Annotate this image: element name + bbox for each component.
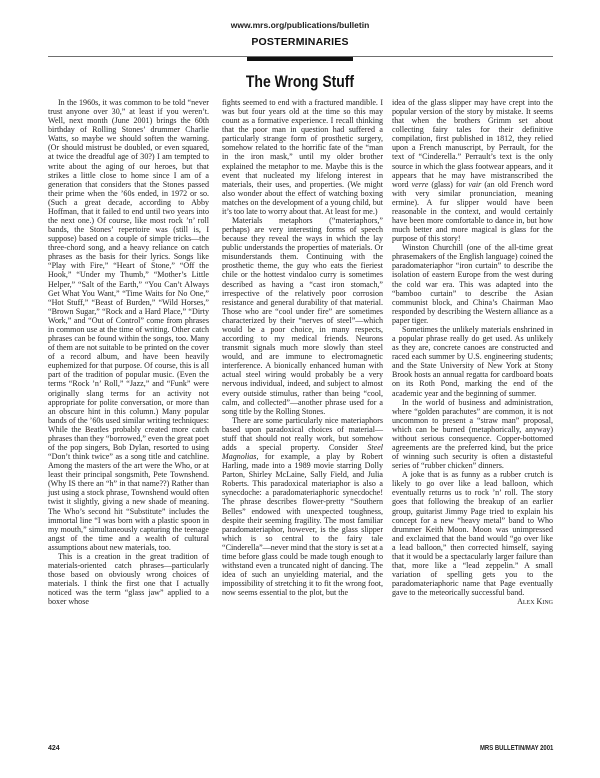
italic-word: verre [412, 180, 429, 189]
header-url: www.mrs.org/publications/bulletin [0, 20, 600, 30]
text-run: There are some particularly nice materia… [222, 416, 383, 452]
author-signature: Alex King [392, 597, 553, 606]
paragraph: Materials metaphors (“materiaphors,” per… [222, 216, 383, 416]
paragraph: There are some particularly nice materia… [222, 416, 383, 598]
paragraph: Winston Churchill (one of the all-time g… [392, 243, 553, 325]
journal-issue: MRS BULLETIN/MAY 2001 [480, 745, 553, 752]
column-3: idea of the glass slipper may have crept… [392, 98, 553, 606]
italic-word: vair [468, 180, 481, 189]
section-underline [247, 57, 353, 61]
paragraph: In the world of business and administrat… [392, 398, 553, 471]
text-run: (an old French word with very similar pr… [392, 180, 553, 243]
column-2: fights seemed to end with a fractured ma… [222, 98, 383, 597]
text-run: (glass) for [428, 180, 468, 189]
paragraph: Sometimes the unlikely materials enshrin… [392, 325, 553, 398]
paragraph: A joke that is as funny as a rubber crut… [392, 470, 553, 597]
paragraph: This is a creation in the great traditio… [48, 552, 209, 606]
text-run: idea of the glass slipper may have crept… [392, 98, 553, 189]
paragraph: In the 1960s, it was common to be told “… [48, 98, 209, 552]
article-title: The Wrong Stuff [54, 72, 546, 92]
section-title: POSTERMINARIES [0, 36, 600, 48]
column-1: In the 1960s, it was common to be told “… [48, 98, 209, 606]
text-run: , for example, a play by Robert Harling,… [222, 452, 383, 597]
page-number: 424 [48, 745, 60, 752]
paragraph: fights seemed to end with a fractured ma… [222, 98, 383, 216]
paragraph: idea of the glass slipper may have crept… [392, 98, 553, 243]
